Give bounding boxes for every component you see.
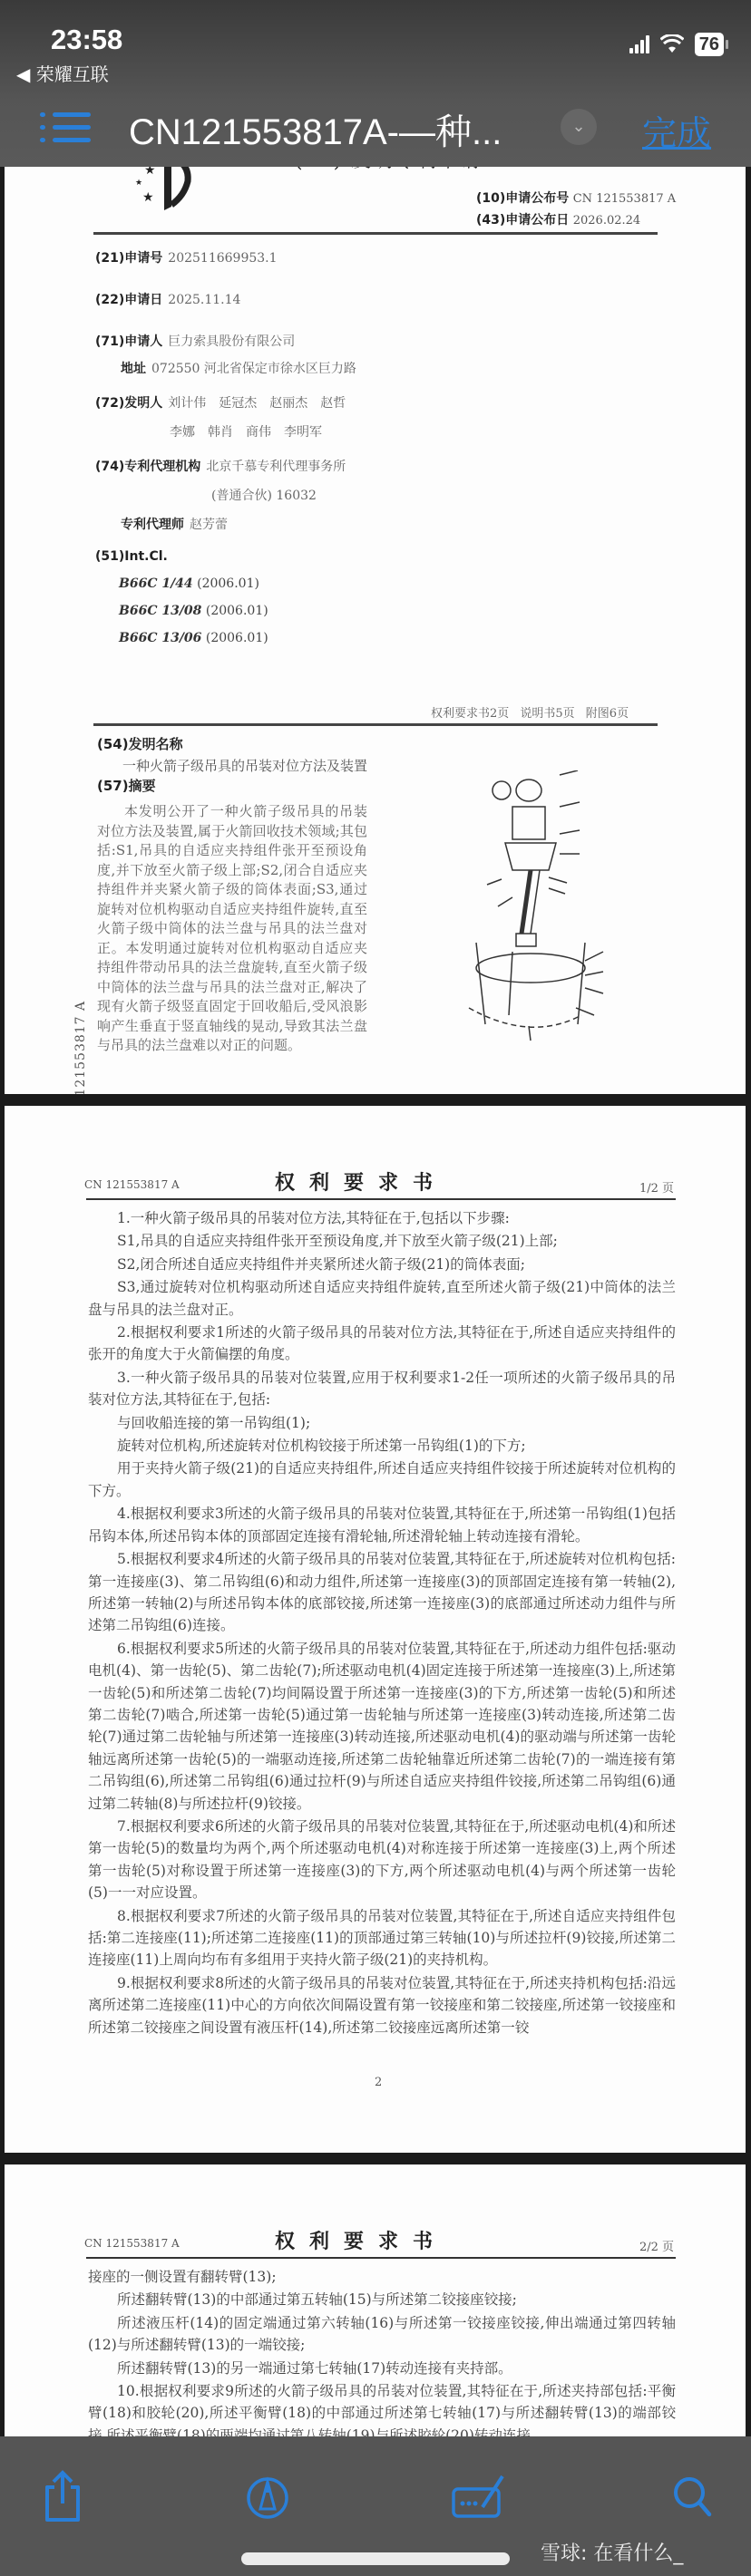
- status-icons: 76: [629, 33, 724, 56]
- application-number: (21)申请号202511669953.1: [95, 248, 278, 266]
- claim-paragraph: S2,闭合所述自适应夹持组件并夹紧所述火箭子级(21)的筒体表面;: [88, 1254, 676, 1275]
- inventors-cont: 李娜 韩肖 商伟 李明军: [164, 422, 322, 441]
- claims-header: CN 121553817 A 权利要求书 1/2 页: [84, 1167, 674, 1195]
- claim-paragraph: 4.根据权利要求3所述的火箭子级吊具的吊装对位装置,其特征在于,所述第一吊钩组(…: [88, 1503, 676, 1547]
- home-indicator[interactable]: [241, 2552, 510, 2565]
- document-nav-bar: CN121553817A-—种... ⌄ 完成: [0, 100, 751, 154]
- abstract-text: 本发明公开了一种火箭子级吊具的吊装对位方法及装置,属于火箭回收技术领域;其包括:…: [97, 802, 367, 1056]
- bottom-toolbar: 雪球: 在看什么_: [0, 2436, 751, 2576]
- status-time: 23:58: [51, 24, 122, 56]
- claim-paragraph: 7.根据权利要求6所述的火箭子级吊具的吊装对位装置,其特征在于,所述驱动电机(4…: [88, 1816, 676, 1904]
- int-cl: (51)Int.Cl.: [95, 549, 168, 564]
- claim-paragraph: 3.一种火箭子级吊具的吊装对位装置,应用于权利要求1-2任一项所述的火箭子级吊具…: [88, 1367, 676, 1411]
- header-divider: [93, 232, 658, 235]
- header-pub-id: CN 121553817 A: [84, 2237, 180, 2250]
- header-page: 1/2 页: [639, 1178, 674, 1196]
- claim-paragraph: 2.根据权利要求1所述的火箭子级吊具的吊装对位方法,其特征在于,所述自适应夹持组…: [88, 1322, 676, 1366]
- abstract-heading: (57)摘要: [97, 776, 156, 795]
- ipc-code: B66C 13/06 (2006.01): [119, 631, 268, 645]
- claims-body: 1.一种火箭子级吊具的吊装对位方法,其特征在于,包括以下步骤: S1,吊具的自适…: [88, 1207, 676, 2039]
- inventors: (72)发明人刘计伟 延冠杰 赵丽杰 赵哲: [95, 393, 346, 412]
- markup-icon[interactable]: [245, 2469, 290, 2523]
- claim-paragraph: 6.根据权利要求5所述的火箭子级吊具的吊装对位装置,其特征在于,所述动力组件包括…: [88, 1638, 676, 1815]
- svg-text:★: ★: [135, 179, 142, 188]
- pub-number: (10)申请公布号 CN 121553817 A: [476, 189, 676, 207]
- patent-agent: 专利代理师赵芳蕾: [121, 515, 228, 533]
- claim-paragraph: 接座的一侧设置有翻转臂(13);: [88, 2266, 676, 2288]
- claim-paragraph: 所述翻转臂(13)的中部通过第五转轴(15)与所述第二铰接座铰接;: [88, 2289, 676, 2310]
- signature-icon[interactable]: [450, 2469, 508, 2523]
- applicant: (71)申请人巨力索具股份有限公司: [95, 332, 295, 350]
- claims-title: 权利要求书: [275, 1167, 447, 1196]
- search-icon[interactable]: [669, 2469, 715, 2523]
- title-heading: (54)发明名称: [97, 734, 183, 753]
- header-page: 2/2 页: [639, 2237, 674, 2254]
- share-icon[interactable]: [40, 2469, 85, 2523]
- header-divider: [86, 2257, 676, 2259]
- abstract-figure-drawing: [458, 770, 639, 1060]
- invention-title: 一种火箭子级吊具的吊装对位方法及装置: [122, 756, 367, 775]
- pdf-page-claims-1: CN 121553817 A 权利要求书 1/2 页 1.一种火箭子级吊具的吊装…: [5, 1106, 746, 2153]
- claim-paragraph: 1.一种火箭子级吊具的吊装对位方法,其特征在于,包括以下步骤:: [88, 1207, 676, 1229]
- watermark-text: 雪球: 在看什么_: [541, 2538, 683, 2566]
- outline-list-icon[interactable]: [40, 107, 91, 149]
- pub-date: (43)申请公布日 2026.02.24: [476, 210, 640, 228]
- top-bar: 23:58 ◀ 荣耀互联 76 CN121553817A-—种... ⌄ 完成: [0, 0, 751, 167]
- wifi-icon: [660, 34, 684, 54]
- header-divider: [86, 1198, 676, 1200]
- pdf-page-cover: ★ ★ ★ (12) 发明专利申请 (10)申请公布号 CN 121553817…: [5, 154, 746, 1094]
- svg-text:★: ★: [142, 190, 154, 205]
- claim-paragraph: 所述液压杆(14)的固定端通过第六转轴(16)与所述第一铰接座铰接,伸出端通过第…: [88, 2312, 676, 2357]
- cellular-signal-icon: [629, 35, 649, 53]
- ipc-code: B66C 13/08 (2006.01): [119, 604, 268, 618]
- claim-paragraph: 旋转对位机构,所述旋转对位机构铰接于所述第一吊钩组(1)的下方;: [88, 1435, 676, 1457]
- claim-paragraph: S3,通过旋转对位机构驱动所述自适应夹持组件旋转,直至所述火箭子级(21)中筒体…: [88, 1276, 676, 1321]
- ipc-code: B66C 1/44 (2006.01): [119, 576, 259, 591]
- claims-title: 权利要求书: [275, 2226, 447, 2254]
- claims-header: CN 121553817 A 权利要求书 2/2 页: [84, 2226, 674, 2253]
- done-button[interactable]: 完成: [642, 105, 711, 155]
- page-count: 权利要求书2页 说明书5页 附图6页: [431, 703, 629, 721]
- chevron-down-icon[interactable]: ⌄: [561, 109, 597, 145]
- claim-paragraph: S1,吊具的自适应夹持组件张开至预设角度,并下放至火箭子级(21)上部;: [88, 1230, 676, 1252]
- address: 地址072550 河北省保定市徐水区巨力路: [121, 359, 356, 377]
- patent-agency-cont: (普通合伙) 16032: [206, 486, 317, 504]
- patent-agency: (74)专利代理机构北京千慕专利代理事务所: [95, 457, 346, 475]
- claim-paragraph: 10.根据权利要求9所述的火箭子级吊具的吊装对位装置,其特征在于,所述夹持部包括…: [88, 2380, 676, 2436]
- claim-paragraph: 5.根据权利要求4所述的火箭子级吊具的吊装对位装置,其特征在于,所述旋转对位机构…: [88, 1548, 676, 1637]
- document-title: CN121553817A-—种...: [129, 103, 502, 155]
- application-date: (22)申请日2025.11.14: [95, 290, 240, 308]
- claim-paragraph: 与回收船连接的第一吊钩组(1);: [88, 1412, 676, 1434]
- claim-paragraph: 8.根据权利要求7所述的火箭子级吊具的吊装对位装置,其特征在于,所述自适应夹持组…: [88, 1905, 676, 1971]
- claim-paragraph: 所述翻转臂(13)的另一端通过第七转轴(17)转动连接有夹持部。: [88, 2358, 676, 2379]
- pdf-page-claims-2: CN 121553817 A 权利要求书 2/2 页 接座的一侧设置有翻转臂(1…: [5, 2164, 746, 2436]
- page-number: 2: [375, 2076, 382, 2089]
- header-pub-id: CN 121553817 A: [84, 1178, 180, 1191]
- claims-body: 接座的一侧设置有翻转臂(13); 所述翻转臂(13)的中部通过第五转轴(15)与…: [88, 2266, 676, 2436]
- back-to-app-link[interactable]: ◀ 荣耀互联: [16, 60, 109, 86]
- battery-indicator: 76: [695, 33, 724, 56]
- section-divider: [93, 723, 658, 726]
- side-publication-id: CN 121553817 A: [73, 1001, 88, 1094]
- claim-paragraph: 用于夹持火箭子级(21)的自适应夹持组件,所述自适应夹持组件铰接于所述旋转对位机…: [88, 1457, 676, 1502]
- claim-paragraph: 9.根据权利要求8所述的火箭子级吊具的吊装对位装置,其特征在于,所述夹持机构包括…: [88, 1972, 676, 2039]
